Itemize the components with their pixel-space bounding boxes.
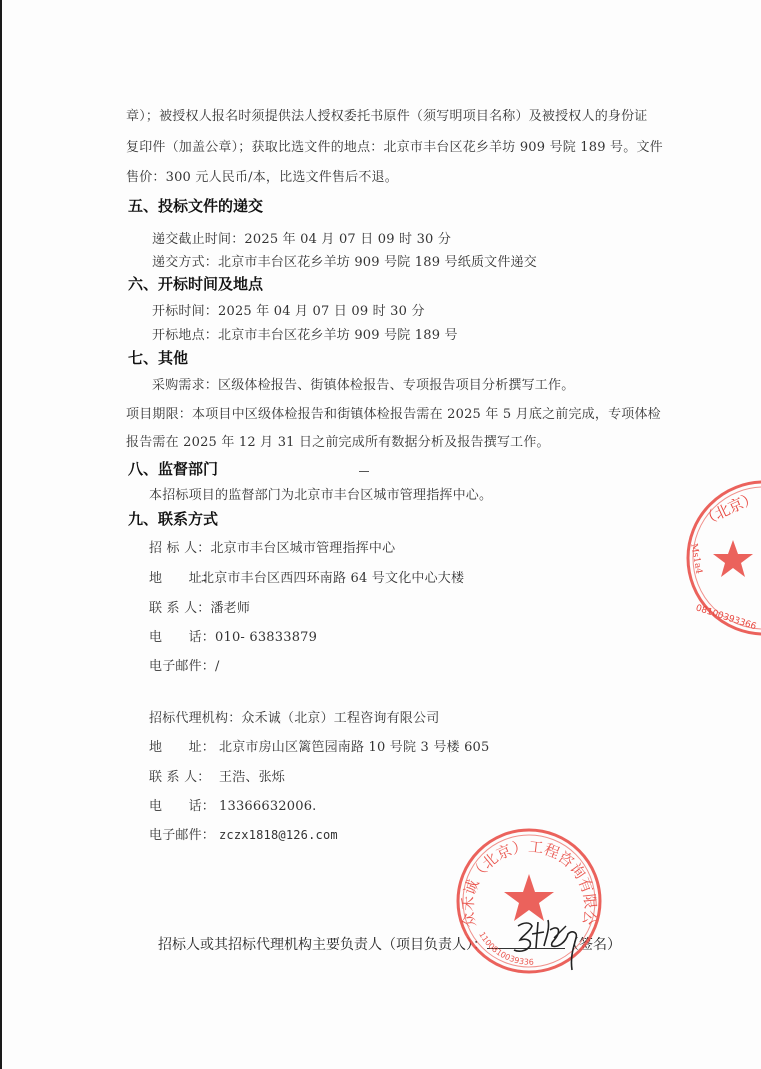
agency-contact: 王浩、张烁 bbox=[219, 770, 285, 785]
section-8-title: 八、监督部门 bbox=[128, 458, 218, 479]
agency-name-row: 招标代理机构：众禾诚（北京）工程咨询有限公司 bbox=[149, 707, 439, 726]
agency-phone-label: 电 话： bbox=[149, 795, 219, 814]
svg-text:Ms1a4: Ms1a4 bbox=[688, 543, 703, 575]
opening-time: 开标时间：2025 年 04 月 07 日 09 时 30 分 bbox=[152, 300, 425, 319]
agency-address: 北京市房山区篱笆园南路 10 号院 3 号楼 605 bbox=[219, 740, 490, 755]
agency-contact-label: 联 系 人： bbox=[149, 766, 219, 785]
agency-email-label: 电子邮件： bbox=[149, 824, 219, 843]
project-period-line-1: 项目期限：本项目中区级体检报告和街镇体检报告需在 2025 年 5 月底之前完成… bbox=[126, 403, 661, 422]
section-9-title: 九、联系方式 bbox=[128, 508, 218, 529]
svg-text:08100393366: 08100393366 bbox=[694, 603, 757, 632]
section-5-title: 五、投标文件的递交 bbox=[128, 195, 263, 216]
supervision-text: 本招标项目的监督部门为北京市丰台区城市管理指挥中心。 bbox=[149, 484, 492, 503]
agency-name: 众禾诚（北京）工程咨询有限公司 bbox=[241, 711, 439, 726]
submission-method: 递交方式：北京市丰台区花乡羊坊 909 号院 189 号纸质文件递交 bbox=[152, 251, 537, 270]
agency-address-label: 地 址： bbox=[149, 736, 219, 755]
tenderer-name-label: 招 标 人： bbox=[149, 537, 210, 556]
tenderer-name-row: 招 标 人：北京市丰台区城市管理指挥中心 bbox=[149, 537, 395, 556]
intro-line-1: 章）；被授权人报名时须提供法人授权委托书原件（须写明项目名称）及被授权人的身份证 bbox=[126, 105, 648, 124]
scan-mark bbox=[359, 471, 369, 472]
tenderer-contact-label: 联 系 人： bbox=[149, 597, 210, 616]
agency-email-row: 电子邮件：zczx1818@126.com bbox=[149, 824, 338, 843]
tenderer-contact-row: 联 系 人：潘老师 bbox=[149, 597, 250, 616]
agency-address-row: 地 址：北京市房山区篱笆园南路 10 号院 3 号楼 605 bbox=[149, 736, 490, 755]
agency-email: zczx1818@126.com bbox=[219, 828, 338, 842]
tenderer-phone-label: 电 话： bbox=[149, 626, 215, 645]
tenderer-phone-row: 电 话：010- 63833879 bbox=[149, 626, 317, 645]
tenderer-email-label: 电子邮件： bbox=[149, 655, 215, 674]
intro-line-2: 复印件（加盖公章）；获取比选文件的地点：北京市丰台区花乡羊坊 909 号院 18… bbox=[126, 136, 663, 155]
document-page: 章）；被授权人报名时须提供法人授权委托书原件（须写明项目名称）及被授权人的身份证… bbox=[0, 0, 761, 1069]
submission-deadline: 递交截止时间：2025 年 04 月 07 日 09 时 30 分 bbox=[152, 228, 451, 247]
section-6-title: 六、开标时间及地点 bbox=[128, 273, 263, 294]
tenderer-name: 北京市丰台区城市管理指挥中心 bbox=[210, 541, 395, 556]
agency-phone-row: 电 话：13366632006. bbox=[149, 795, 317, 814]
tenderer-phone: 010- 63833879 bbox=[215, 630, 317, 645]
tenderer-address: 北京市丰台区西四环南路 64 号文化中心大楼 bbox=[201, 571, 464, 586]
intro-line-3: 售价：300 元人民币/本，比选文件售后不退。 bbox=[126, 166, 398, 185]
tenderer-email-row: 电子邮件：/ bbox=[149, 655, 220, 674]
tenderer-address-label: 地 址： bbox=[149, 567, 201, 586]
agency-contact-row: 联 系 人：王浩、张烁 bbox=[149, 766, 285, 785]
opening-place: 开标地点：北京市丰台区花乡羊坊 909 号院 189 号 bbox=[152, 324, 458, 343]
signature-label: 招标人或其招标代理机构主要负责人（项目负责人）： bbox=[158, 937, 487, 953]
agency-phone: 13366632006. bbox=[219, 799, 317, 814]
tenderer-contact: 潘老师 bbox=[210, 601, 250, 616]
official-seal-partial-icon: （北京） 08100393366 Ms1a4 bbox=[680, 478, 761, 638]
procurement-demand: 采购需求：区级体检报告、街镇体检报告、专项报告项目分析撰写工作。 bbox=[152, 374, 574, 393]
svg-text:（北京）: （北京） bbox=[698, 488, 760, 530]
tenderer-email: / bbox=[215, 659, 220, 674]
agency-name-label: 招标代理机构： bbox=[149, 707, 241, 726]
section-7-title: 七、其他 bbox=[128, 347, 188, 368]
tenderer-address-row: 地 址：北京市丰台区西四环南路 64 号文化中心大楼 bbox=[149, 567, 464, 586]
project-period-line-2: 报告需在 2025 年 12 月 31 日之前完成所有数据分析及报告撰写工作。 bbox=[126, 431, 550, 450]
handwritten-signature-icon bbox=[510, 912, 590, 978]
